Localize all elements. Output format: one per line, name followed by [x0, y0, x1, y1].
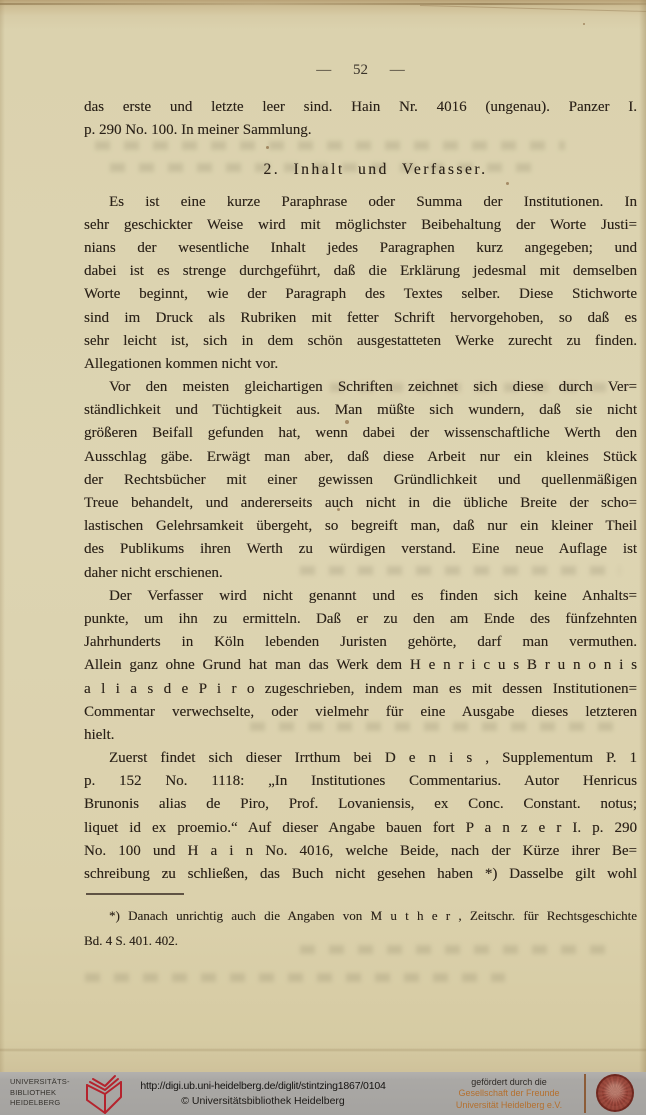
copyright-notice: © Universitätsbibliothek Heidelberg: [98, 1094, 428, 1109]
section-heading: 2. Inhalt und Verfasser.: [99, 158, 646, 181]
text-line: ständlichkeit und Tüchtigkeit aus. Man m…: [84, 399, 637, 422]
text-line: Jahrhunderts in Köln lebenden Juristen g…: [84, 631, 637, 654]
text-line: das erste und letzte leer sind. Hain Nr.…: [84, 96, 637, 119]
library-name-line: BIBLIOTHEK: [10, 1088, 90, 1099]
text-line: Es ist eine kurze Paraphrase oder Summa …: [84, 191, 637, 214]
page-number: — 52 —: [84, 62, 637, 79]
funding-credit: gefördert durch die Gesellschaft der Fre…: [436, 1076, 582, 1111]
text-line: Der Verfasser wird nicht genannt und es …: [84, 585, 637, 608]
funding-prefix: gefördert durch die: [436, 1076, 582, 1088]
text-line: dabei ist es strenge durchgeführt, daß d…: [84, 260, 637, 283]
text-line: sehr leicht ist, sich in dem schön ausge…: [84, 330, 637, 353]
text-line: p. 152 No. 1118: „In Institutiones Comme…: [84, 770, 637, 793]
library-name-line: HEIDELBERG: [10, 1098, 90, 1109]
funding-org: Gesellschaft der Freunde: [436, 1088, 582, 1100]
paragraph: Der Verfasser wird nicht genannt und es …: [84, 585, 637, 747]
text-line: Ausschlag gäbe. Erwägt man aber, daß die…: [84, 446, 637, 469]
paragraph: Zuerst findet sich dieser Irrthum bei D …: [84, 747, 637, 886]
text-line: liquet id ex proemio.“ Auf dieser Angabe…: [84, 817, 637, 840]
text-line: a l i a s d e P i r o zugeschrieben, ind…: [84, 678, 637, 701]
text-line: punkte, um ihn zu ermitteln. Daß er zu d…: [84, 608, 637, 631]
text-line: der Rechtsbücher mit einer gewissen Grün…: [84, 469, 637, 492]
library-name-line: UNIVERSITÄTS-: [10, 1077, 90, 1088]
paper-speck: [583, 23, 585, 25]
text-line: Allein ganz ohne Grund hat man das Werk …: [84, 654, 637, 677]
text-line: sind im Druck als Rubriken mit fetter Sc…: [84, 307, 637, 330]
text-line: hielt.: [84, 724, 637, 747]
text-line: Worte beginnt, wie der Paragraph des Tex…: [84, 283, 637, 306]
verso-showthrough: [85, 973, 505, 982]
text-line: p. 290 No. 100. In meiner Sammlung.: [84, 119, 637, 142]
paragraph: Vor den meisten gleichartigen Schriften …: [84, 376, 637, 585]
footer-center-block: http://digi.ub.uni-heidelberg.de/diglit/…: [98, 1079, 428, 1109]
paper-bottom-crease: [0, 1048, 646, 1052]
text-line: größeren Beifall gefunden hat, wenn dabe…: [84, 422, 637, 445]
scanned-book-page: — 52 — das erste und letzte leer sind. H…: [0, 0, 646, 1115]
paper-top-crease: [420, 5, 646, 12]
text-line: sehr geschickter Weise wird mit möglichs…: [84, 214, 637, 237]
footnote-line: *) Danach unrichtig auch die Angaben von…: [84, 903, 637, 928]
footer-divider: [584, 1074, 586, 1113]
page-text-column: das erste und letzte leer sind. Hain Nr.…: [84, 96, 637, 886]
library-name: UNIVERSITÄTS-BIBLIOTHEKHEIDELBERG: [10, 1077, 90, 1109]
text-line: Allegationen kommen nicht vor.: [84, 353, 637, 376]
paper-top-crease: [0, 3, 646, 5]
text-line: Treue behandelt, und andererseits auch n…: [84, 492, 637, 515]
footnote-separator: [86, 893, 184, 895]
footnote: *) Danach unrichtig auch die Angaben von…: [84, 903, 637, 953]
funding-org: Universität Heidelberg e.V.: [436, 1100, 582, 1112]
footnote-line: Bd. 4 S. 401. 402.: [84, 928, 637, 953]
text-line: Brunonis alias de Piro, Prof. Lovaniensi…: [84, 793, 637, 816]
paper-edge-shadow: [0, 0, 5, 1072]
text-line: Vor den meisten gleichartigen Schriften …: [84, 376, 637, 399]
scan-url: http://digi.ub.uni-heidelberg.de/diglit/…: [98, 1079, 428, 1094]
paragraph: Es ist eine kurze Paraphrase oder Summa …: [84, 191, 637, 377]
text-line: Commentar verwechselte, oder vielmehr fü…: [84, 701, 637, 724]
text-line: daher nicht erschienen.: [84, 562, 637, 585]
paragraph-continuation: das erste und letzte leer sind. Hain Nr.…: [84, 96, 637, 142]
digitization-footer-bar: UNIVERSITÄTS-BIBLIOTHEKHEIDELBERG http:/…: [0, 1072, 646, 1115]
text-line: Zuerst findet sich dieser Irrthum bei D …: [84, 747, 637, 770]
text-line: nians der wesentliche Inhalt jedes Parag…: [84, 237, 637, 260]
text-line: No. 100 und H a i n No. 4016, welche Bei…: [84, 840, 637, 863]
text-line: schreibung zu schließen, das Buch nicht …: [84, 863, 637, 886]
text-line: lastischen Gelehrsamkeit übergeht, so be…: [84, 515, 637, 538]
university-seal-icon: [596, 1074, 634, 1112]
text-line: des Publikums ihren Werth zu würdigen ve…: [84, 538, 637, 561]
